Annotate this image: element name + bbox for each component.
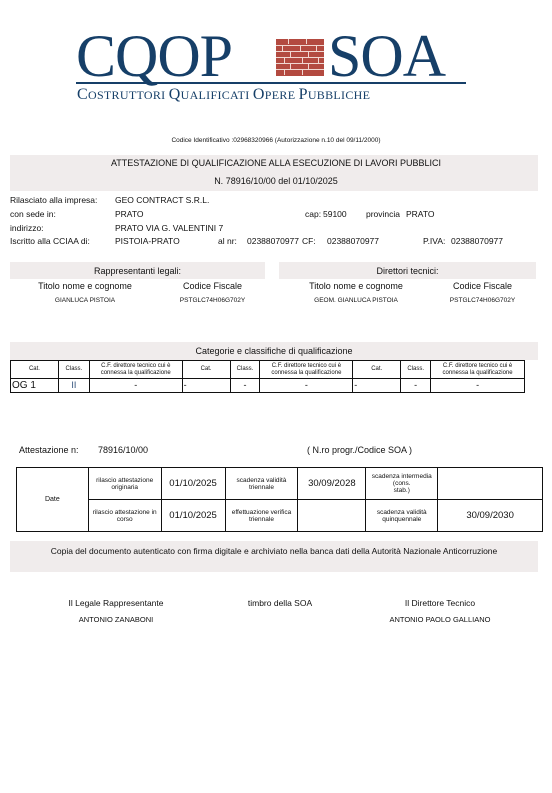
logo-subtitle: COSTRUTTORI QUALIFICATI OPERE PUBBLICHE — [77, 86, 469, 104]
document-number: N. 78916/10/00 del 01/10/2025 — [0, 176, 552, 186]
nr-label: al nr: — [218, 236, 237, 246]
triennial-expiry-label: scadenza validità triennale — [225, 468, 298, 500]
cell-cat: - — [353, 379, 401, 393]
province-value: PRATO — [406, 209, 435, 219]
cell-cf-director: - — [89, 379, 182, 393]
cciaa-label: Iscritto alla CCIAA di: — [10, 236, 90, 246]
quinquennial-expiry-date: 30/09/2030 — [438, 500, 543, 532]
intermediate-expiry-label: scadenza intermedia (cons. stab.) — [366, 468, 438, 500]
dates-table: Date rilascio attestazione originaria 01… — [16, 467, 543, 532]
seat-label: con sede in: — [10, 209, 56, 219]
col-cf-director: C.F. direttore tecnico cui è connessa la… — [89, 361, 182, 379]
identifier-code: Codice Identificativo :02968320966 (Auto… — [0, 137, 552, 144]
triennial-check-label: effettuazione verifica triennale — [225, 500, 298, 532]
categories-table: Cat. Class. C.F. direttore tecnico cui è… — [10, 360, 525, 393]
col-class: Class. — [230, 361, 260, 379]
cell-class: - — [401, 379, 431, 393]
cf-value: 02388070977 — [327, 236, 379, 246]
legal-rep-name: GIANLUCA PISTOIA — [15, 297, 155, 304]
legal-reps-title: Rappresentanti legali: — [10, 266, 265, 276]
cell-cat: - — [182, 379, 230, 393]
current-issue-label: rilascio attestazione in corso — [88, 500, 161, 532]
legal-rep-signature-label: Il Legale Rappresentante — [36, 598, 196, 608]
piva-value: 02388070977 — [451, 236, 503, 246]
tech-directors-col-name: Titolo nome e cognome — [286, 281, 426, 291]
seat-value: PRATO — [115, 209, 144, 219]
cap-label: cap: — [305, 209, 321, 219]
tech-director-name: GEOM. GIANLUCA PISTOIA — [286, 297, 426, 304]
current-issue-date: 01/10/2025 — [161, 500, 225, 532]
triennial-expiry-date: 30/09/2028 — [298, 468, 366, 500]
cell-cf-director: - — [260, 379, 353, 393]
col-cf-director: C.F. direttore tecnico cui è connessa la… — [431, 361, 525, 379]
logo-divider — [76, 82, 466, 84]
soa-stamp-label: timbro della SOA — [210, 598, 350, 608]
triennial-check-date — [298, 500, 366, 532]
categories-header-row: Cat. Class. C.F. direttore tecnico cui è… — [11, 361, 525, 379]
dates-label: Date — [17, 468, 89, 532]
table-row: OG 1 II - - - - - - - — [11, 379, 525, 393]
tech-dir-signature-name: ANTONIO PAOLO GALLIANO — [360, 615, 520, 624]
cell-cf-director: - — [431, 379, 525, 393]
original-issue-label: rilascio attestazione originaria — [88, 468, 161, 500]
issued-to-value: GEO CONTRACT S.R.L. — [115, 195, 209, 205]
address-value: PRATO VIA G. VALENTINI 7 — [115, 223, 223, 233]
footer-note: Copia del documento autenticato con firm… — [10, 546, 538, 556]
col-class: Class. — [401, 361, 431, 379]
legal-rep-cf: PSTGLC74H06G702Y — [150, 297, 275, 304]
cap-value: 59100 — [323, 209, 347, 219]
cf-label: CF: — [302, 236, 316, 246]
cciaa-value: PISTOIA-PRATO — [115, 236, 180, 246]
attestation-label: Attestazione n: — [19, 445, 79, 455]
logo-soa-text: SOA — [328, 28, 445, 84]
nr-value: 02388070977 — [247, 236, 299, 246]
cell-class: - — [230, 379, 260, 393]
legal-reps-col-name: Titolo nome e cognome — [15, 281, 155, 291]
document-title: ATTESTAZIONE DI QUALIFICAZIONE ALLA ESEC… — [0, 158, 552, 168]
brick-wall-icon — [276, 39, 324, 76]
original-issue-date: 01/10/2025 — [161, 468, 225, 500]
cell-class: II — [58, 379, 89, 393]
intermediate-expiry-date — [438, 468, 543, 500]
province-label: provincia — [366, 209, 400, 219]
address-label: indirizzo: — [10, 223, 44, 233]
cell-cat: OG 1 — [11, 379, 59, 393]
attestation-number: 78916/10/00 — [98, 445, 148, 455]
attestation-note: ( N.ro progr./Codice SOA ) — [307, 445, 412, 455]
col-cf-director: C.F. direttore tecnico cui è connessa la… — [260, 361, 353, 379]
quinquennial-expiry-label: scadenza validità quinquennale — [366, 500, 438, 532]
col-cat: Cat. — [11, 361, 59, 379]
tech-dir-signature-label: Il Direttore Tecnico — [360, 598, 520, 608]
legal-reps-col-cf: Codice Fiscale — [150, 281, 275, 291]
tech-directors-col-cf: Codice Fiscale — [420, 281, 545, 291]
tech-director-cf: PSTGLC74H06G702Y — [420, 297, 545, 304]
categories-title: Categorie e classifiche di qualificazion… — [10, 346, 538, 356]
logo-cqop-text: CQOP — [76, 28, 232, 84]
col-cat: Cat. — [353, 361, 401, 379]
issued-to-label: Rilasciato alla impresa: — [10, 195, 97, 205]
col-cat: Cat. — [182, 361, 230, 379]
legal-rep-signature-name: ANTONIO ZANABONI — [36, 615, 196, 624]
piva-label: P.IVA: — [423, 236, 445, 246]
tech-directors-title: Direttori tecnici: — [279, 266, 536, 276]
col-class: Class. — [58, 361, 89, 379]
